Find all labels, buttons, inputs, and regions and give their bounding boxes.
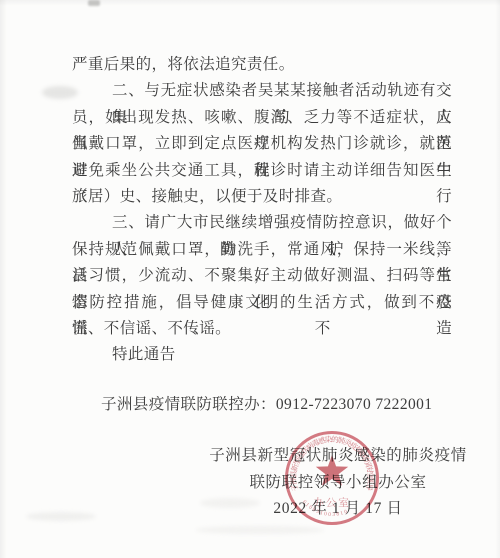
body-line: 保持规范佩戴口罩，勤洗手，常通风，保持一米线等良好生 [72,237,452,263]
signature-block: 子洲县新型冠状肺炎感染的肺炎疫情 联防联控领导小组办公室 2022 年 1 月 … [188,443,488,523]
body-line: 活习惯，少流动、不聚集，主动做好测温、扫码等常态化疫 [72,263,452,289]
body-line: 员，如出现发热、咳嗽、腹泻、乏力等不适症状，应当规范 [72,105,452,131]
body-line: 三、请广大市民继续增强疫情防控意识，做好个人防护， [72,210,452,236]
scanned-notice-document: 严重后果的，将依法追究责任。 二、与无症状感染者吴某某接触者活动轨迹有交集的人 … [0,0,500,558]
notice-body: 严重后果的，将依法追究责任。 二、与无症状感染者吴某某接触者活动轨迹有交集的人 … [72,52,452,369]
scan-smudge [195,526,325,534]
scan-artifact-top [88,0,100,6]
closing-line: 特此通告 [72,342,452,368]
body-line: 严重后果的，将依法追究责任。 [72,52,452,78]
body-line: 避免乘坐公共交通工具，就诊时请主动详细告知医生旅行 [72,158,452,184]
body-line: 二、与无症状感染者吴某某接触者活动轨迹有交集的人 [72,78,452,104]
issuing-office-line2: 联防联控领导小组办公室 [188,470,488,497]
issuing-office-line1: 子洲县新型冠状肺炎感染的肺炎疫情 [188,443,488,470]
contact-phone-line: 子洲县疫情联防联控办：0912-7223070 7222001 [101,392,432,414]
body-line: 佩戴口罩，立即到定点医疗机构发热门诊就诊，就医过程中 [72,131,452,157]
body-line: 情防控措施，倡导健康文明的生活方式，做到不恐慌、不造 [72,290,452,316]
issue-date: 2022 年 1 月 17 日 [188,496,488,523]
scan-smudge [26,512,96,521]
